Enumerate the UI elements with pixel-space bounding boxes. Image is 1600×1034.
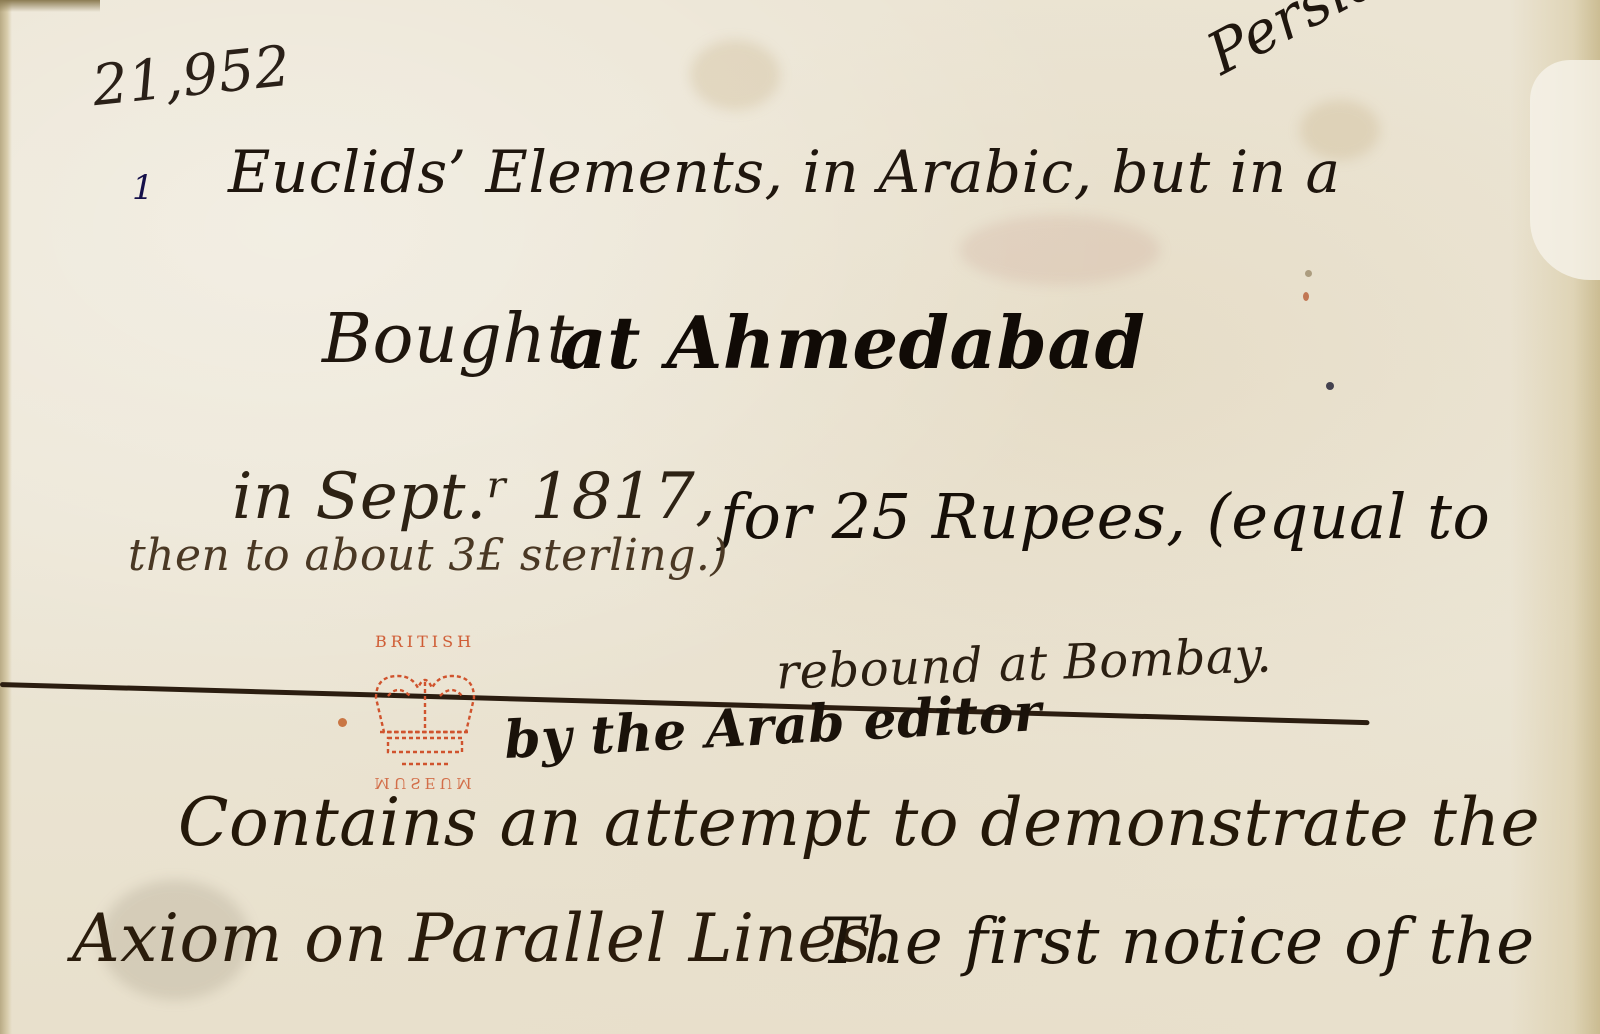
- note-line-editor: by the Arab editor: [503, 682, 1043, 771]
- note-line-title: Euclids’ Elements, in Arabic, but in a: [228, 138, 1341, 206]
- note-line-location: at Ahmedabad: [560, 300, 1146, 385]
- binding-edge: [0, 0, 12, 1034]
- crown-icon: [368, 668, 482, 772]
- british-museum-stamp: BRITISH MUSEUM: [350, 632, 500, 802]
- note-line-bought: Bought: [322, 300, 574, 379]
- paper-tear: [1530, 60, 1600, 280]
- manuscript-page: 21,952 1 Euclids’ Elements, in Arabic, b…: [0, 0, 1600, 1034]
- note-line-first-notice: The first notice of the: [820, 905, 1535, 979]
- ink-speck: [1305, 270, 1312, 277]
- note-line-date: in Sept.ʳ 1817,: [232, 460, 716, 534]
- note-line-axiom: Axiom on Parallel Lines.: [72, 900, 893, 977]
- ink-speck: [1326, 382, 1334, 390]
- note-line-price: for 25 Rupees, (equal to: [720, 480, 1490, 553]
- ink-speck: [338, 718, 347, 727]
- stamp-top-text: BRITISH: [357, 632, 492, 651]
- catalog-number: 21,952: [89, 34, 294, 119]
- paper-stain: [690, 40, 780, 110]
- item-number: 1: [132, 168, 154, 208]
- stamp-bottom-text: MUSEUM: [358, 774, 492, 792]
- paper-stain: [960, 215, 1160, 285]
- note-line-sterling: then to about 3£ sterling.): [128, 530, 728, 581]
- ink-speck: [1303, 292, 1309, 301]
- top-edge-shadow: [0, 0, 100, 12]
